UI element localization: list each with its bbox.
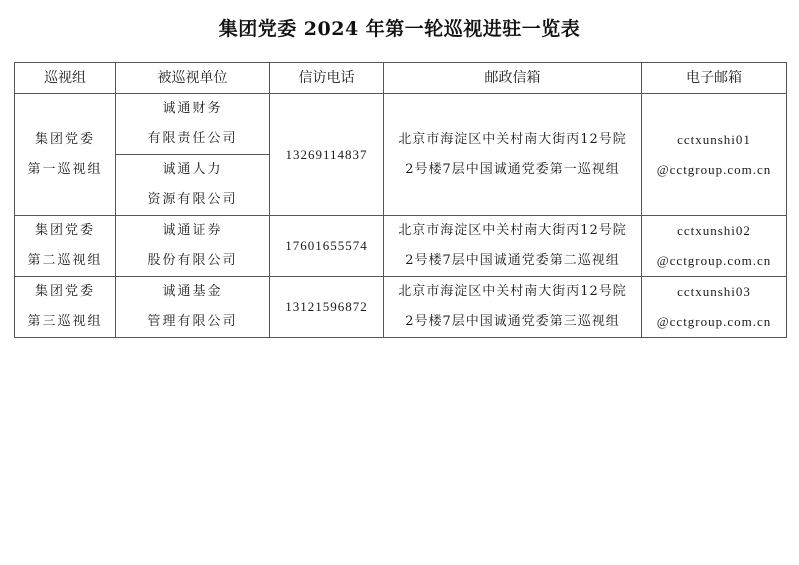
unit-cell: 诚通财务有限责任公司 [116, 94, 270, 155]
address-line: 北京市海淀区中关村南大街丙12号院 [384, 216, 641, 246]
address-line: 北京市海淀区中关村南大街丙12号院 [384, 125, 641, 155]
email-line: cctxunshi03 [642, 277, 786, 307]
address-cell: 北京市海淀区中关村南大街丙12号院2号楼7层中国诚通党委第二巡视组 [384, 216, 642, 277]
table-row: 集团党委第二巡视组 诚通证券股份有限公司 17601655574 北京市海淀区中… [15, 216, 787, 277]
group-line: 第一巡视组 [15, 155, 115, 185]
email-line: @cctgroup.com.cn [642, 307, 786, 337]
address-line: 2号楼7层中国诚通党委第一巡视组 [384, 155, 641, 185]
group-line: 集团党委 [15, 216, 115, 246]
unit-line: 诚通证券 [116, 216, 269, 246]
header-email: 电子邮箱 [642, 63, 787, 94]
address-line: 2号楼7层中国诚通党委第三巡视组 [384, 307, 641, 337]
unit-cell: 诚通人力资源有限公司 [116, 155, 270, 216]
group-cell: 集团党委第三巡视组 [15, 277, 116, 338]
header-group: 巡视组 [15, 63, 116, 94]
table-header-row: 巡视组 被巡视单位 信访电话 邮政信箱 电子邮箱 [15, 63, 787, 94]
unit-line: 管理有限公司 [116, 307, 269, 337]
address-cell: 北京市海淀区中关村南大街丙12号院2号楼7层中国诚通党委第一巡视组 [384, 94, 642, 216]
email-cell: cctxunshi03@cctgroup.com.cn [642, 277, 787, 338]
unit-line: 诚通基金 [116, 277, 269, 307]
address-cell: 北京市海淀区中关村南大街丙12号院2号楼7层中国诚通党委第三巡视组 [384, 277, 642, 338]
email-cell: cctxunshi01@cctgroup.com.cn [642, 94, 787, 216]
unit-line: 诚通财务 [116, 94, 269, 124]
inspection-table: 巡视组 被巡视单位 信访电话 邮政信箱 电子邮箱 集团党委第一巡视组 诚通财务有… [14, 62, 787, 338]
phone-cell: 13269114837 [270, 94, 384, 216]
group-cell: 集团党委第一巡视组 [15, 94, 116, 216]
group-cell: 集团党委第二巡视组 [15, 216, 116, 277]
unit-cell: 诚通证券股份有限公司 [116, 216, 270, 277]
group-line: 集团党委 [15, 125, 115, 155]
email-line: cctxunshi02 [642, 216, 786, 246]
table-row: 集团党委第一巡视组 诚通财务有限责任公司 13269114837 北京市海淀区中… [15, 94, 787, 155]
group-line: 集团党委 [15, 277, 115, 307]
email-line: @cctgroup.com.cn [642, 246, 786, 276]
header-postal: 邮政信箱 [384, 63, 642, 94]
address-line: 2号楼7层中国诚通党委第二巡视组 [384, 246, 641, 276]
unit-line: 股份有限公司 [116, 246, 269, 276]
unit-line: 有限责任公司 [116, 124, 269, 154]
email-cell: cctxunshi02@cctgroup.com.cn [642, 216, 787, 277]
phone-cell: 17601655574 [270, 216, 384, 277]
document-title: 集团党委 2024 年第一轮巡视进驻一览表 [0, 14, 799, 41]
header-phone: 信访电话 [270, 63, 384, 94]
address-line: 北京市海淀区中关村南大街丙12号院 [384, 277, 641, 307]
email-line: @cctgroup.com.cn [642, 155, 786, 185]
header-unit: 被巡视单位 [116, 63, 270, 94]
unit-cell: 诚通基金管理有限公司 [116, 277, 270, 338]
group-line: 第二巡视组 [15, 246, 115, 276]
group-line: 第三巡视组 [15, 307, 115, 337]
unit-line: 资源有限公司 [116, 185, 269, 215]
email-line: cctxunshi01 [642, 125, 786, 155]
unit-line: 诚通人力 [116, 155, 269, 185]
phone-cell: 13121596872 [270, 277, 384, 338]
table-row: 集团党委第三巡视组 诚通基金管理有限公司 13121596872 北京市海淀区中… [15, 277, 787, 338]
